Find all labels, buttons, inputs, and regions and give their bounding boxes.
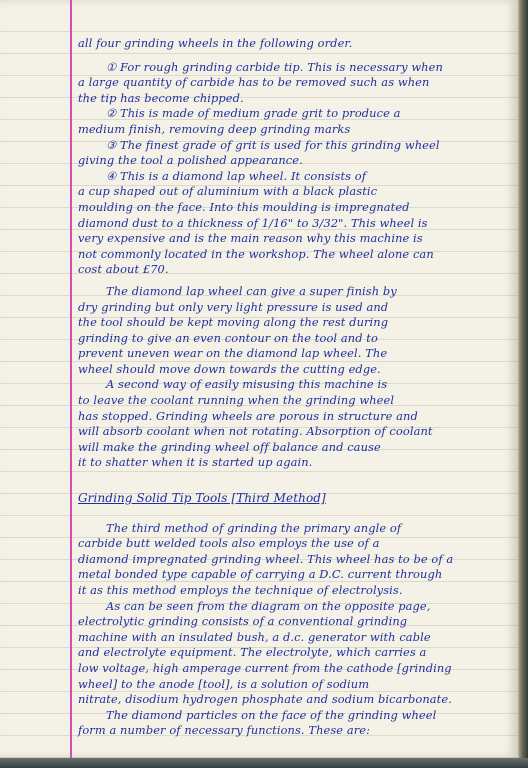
paragraph-misuse: A second way of easily misusing this mac… bbox=[78, 377, 498, 471]
item-3: ③ The finest grade of grit is used for t… bbox=[78, 138, 498, 169]
notebook-page: all four grinding wheels in the followin… bbox=[0, 0, 518, 758]
paragraph-electrolytic: As can be seen from the diagram on the o… bbox=[78, 599, 498, 708]
item-number: ② bbox=[106, 106, 116, 120]
margin-line bbox=[70, 0, 72, 758]
intro-line: all four grinding wheels in the followin… bbox=[78, 36, 498, 52]
paragraph-particles: The diamond particles on the face of the… bbox=[78, 708, 498, 739]
paragraph-lap-wheel: The diamond lap wheel can give a super f… bbox=[78, 284, 498, 378]
item-2: ② This is made of medium grade grit to p… bbox=[78, 106, 498, 137]
section-heading: Grinding Solid Tip Tools [Third Method] bbox=[78, 491, 498, 507]
binding-edge bbox=[518, 0, 528, 768]
handwritten-text: all four grinding wheels in the followin… bbox=[78, 36, 498, 739]
item-number: ④ bbox=[106, 169, 116, 183]
page-bottom-edge bbox=[0, 758, 528, 768]
item-number: ③ bbox=[106, 138, 116, 152]
item-4: ④ This is a diamond lap wheel. It consis… bbox=[78, 169, 498, 278]
paragraph-third-method: The third method of grinding the primary… bbox=[78, 521, 498, 599]
item-number: ① bbox=[106, 60, 116, 74]
item-1: ① For rough grinding carbide tip. This i… bbox=[78, 60, 498, 107]
